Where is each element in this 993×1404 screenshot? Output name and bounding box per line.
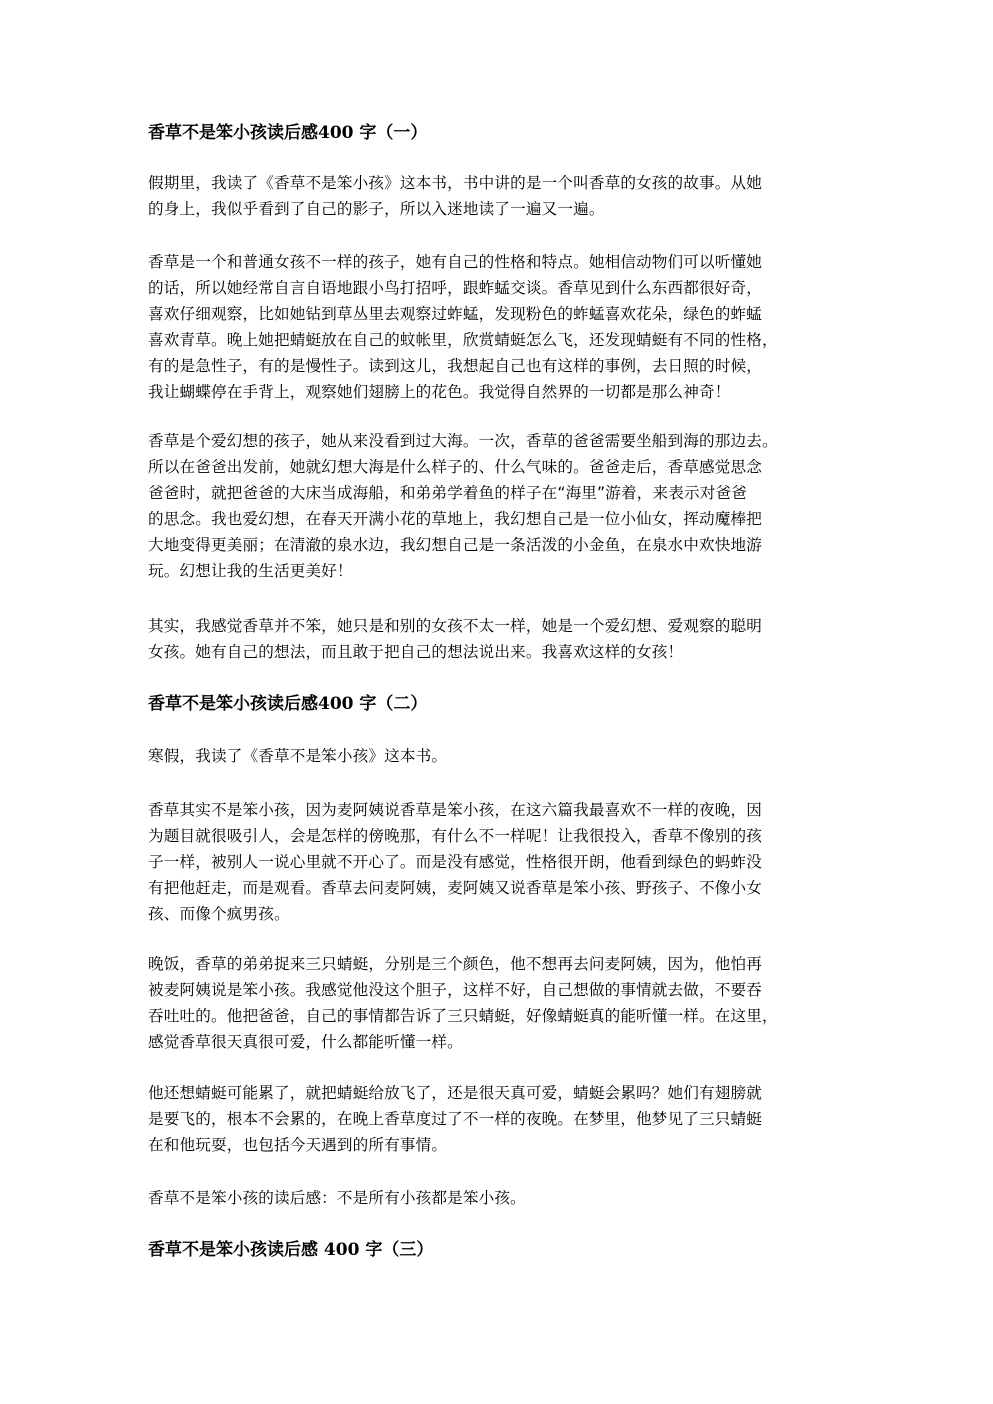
text-line: 香草不是笨小孩的读后感：不是所有小孩都是笨小孩。 (148, 1185, 848, 1211)
section-heading-3: 香草不是笨小孩读后感 400 字（三） (148, 1239, 433, 1261)
text-line: 假期里，我读了《香草不是笨小孩》这本书，书中讲的是一个叫香草的女孩的故事。从她 (148, 170, 848, 196)
text-line: 女孩。她有自己的想法，而且敢于把自己的想法说出来。我喜欢这样的女孩！ (148, 639, 848, 665)
paragraph-2-4: 他还想蜻蜓可能累了，就把蜻蜓给放飞了，还是很天真可爱，蜻蜓会累吗？她们有翅膀就 … (148, 1080, 848, 1158)
text-line: 玩。幻想让我的生活更美好！ (148, 558, 848, 584)
text-line: 有把他赶走，而是观看。香草去问麦阿姨，麦阿姨又说香草是笨小孩、野孩子、不像小女 (148, 875, 848, 901)
document-page: 香草不是笨小孩读后感400 字（一） 假期里，我读了《香草不是笨小孩》这本书，书… (0, 0, 993, 1404)
text-line: 被麦阿姨说是笨小孩。我感觉他没这个胆子，这样不好，自己想做的事情就去做，不要吞 (148, 977, 848, 1003)
paragraph-1-1: 假期里，我读了《香草不是笨小孩》这本书，书中讲的是一个叫香草的女孩的故事。从她 … (148, 170, 848, 222)
paragraph-2-1: 寒假，我读了《香草不是笨小孩》这本书。 (148, 743, 848, 769)
text-line: 爸爸时，就把爸爸的大床当成海船，和弟弟学着鱼的样子在“海里”游着，来表示对爸爸 (148, 480, 848, 506)
text-line: 所以在爸爸出发前，她就幻想大海是什么样子的、什么气味的。爸爸走后，香草感觉思念 (148, 454, 848, 480)
paragraph-1-2: 香草是一个和普通女孩不一样的孩子，她有自己的性格和特点。她相信动物们可以听懂她 … (148, 249, 848, 405)
text-line: 孩、而像个疯男孩。 (148, 901, 848, 927)
paragraph-1-4: 其实，我感觉香草并不笨，她只是和别的女孩不太一样，她是一个爱幻想、爱观察的聪明 … (148, 613, 848, 665)
text-line: 寒假，我读了《香草不是笨小孩》这本书。 (148, 743, 848, 769)
text-line: 感觉香草很天真很可爱，什么都能听懂一样。 (148, 1029, 848, 1055)
section-heading-2: 香草不是笨小孩读后感400 字（二） (148, 693, 427, 715)
text-line: 子一样，被别人一说心里就不开心了。而是没有感觉，性格很开朗，他看到绿色的蚂蚱没 (148, 849, 848, 875)
text-line: 的话，所以她经常自言自语地跟小鸟打招呼，跟蚱蜢交谈。香草见到什么东西都很好奇， (148, 275, 848, 301)
text-line: 的身上，我似乎看到了自己的影子，所以入迷地读了一遍又一遍。 (148, 196, 848, 222)
text-line: 有的是急性子，有的是慢性子。读到这儿，我想起自己也有这样的事例，去日照的时候， (148, 353, 848, 379)
paragraph-2-5: 香草不是笨小孩的读后感：不是所有小孩都是笨小孩。 (148, 1185, 848, 1211)
text-line: 大地变得更美丽；在清澈的泉水边，我幻想自己是一条活泼的小金鱼，在泉水中欢快地游 (148, 532, 848, 558)
text-line: 为题目就很吸引人，会是怎样的傍晚那，有什么不一样呢！让我很投入，香草不像别的孩 (148, 823, 848, 849)
paragraph-1-3: 香草是个爱幻想的孩子，她从来没看到过大海。一次，香草的爸爸需要坐船到海的那边去。… (148, 428, 848, 584)
text-line: 喜欢仔细观察，比如她钻到草丛里去观察过蚱蜢，发现粉色的蚱蜢喜欢花朵，绿色的蚱蜢 (148, 301, 848, 327)
text-line: 吞吐吐的。他把爸爸，自己的事情都告诉了三只蜻蜓，好像蜻蜓真的能听懂一样。在这里， (148, 1003, 848, 1029)
text-line: 晚饭，香草的弟弟捉来三只蜻蜓，分别是三个颜色，他不想再去问麦阿姨，因为，他怕再 (148, 951, 848, 977)
text-line: 香草是个爱幻想的孩子，她从来没看到过大海。一次，香草的爸爸需要坐船到海的那边去。 (148, 428, 848, 454)
section-heading-1: 香草不是笨小孩读后感400 字（一） (148, 122, 427, 144)
text-line: 在和他玩耍，也包括今天遇到的所有事情。 (148, 1132, 848, 1158)
text-line: 他还想蜻蜓可能累了，就把蜻蜓给放飞了，还是很天真可爱，蜻蜓会累吗？她们有翅膀就 (148, 1080, 848, 1106)
text-line: 是要飞的，根本不会累的，在晚上香草度过了不一样的夜晚。在梦里，他梦见了三只蜻蜓 (148, 1106, 848, 1132)
text-line: 香草其实不是笨小孩，因为麦阿姨说香草是笨小孩，在这六篇我最喜欢不一样的夜晚，因 (148, 797, 848, 823)
text-line: 其实，我感觉香草并不笨，她只是和别的女孩不太一样，她是一个爱幻想、爱观察的聪明 (148, 613, 848, 639)
text-line: 的思念。我也爱幻想，在春天开满小花的草地上，我幻想自己是一位小仙女，挥动魔棒把 (148, 506, 848, 532)
text-line: 香草是一个和普通女孩不一样的孩子，她有自己的性格和特点。她相信动物们可以听懂她 (148, 249, 848, 275)
paragraph-2-2: 香草其实不是笨小孩，因为麦阿姨说香草是笨小孩，在这六篇我最喜欢不一样的夜晚，因 … (148, 797, 848, 927)
text-line: 我让蝴蝶停在手背上，观察她们翅膀上的花色。我觉得自然界的一切都是那么神奇！ (148, 379, 848, 405)
text-line: 喜欢青草。晚上她把蜻蜓放在自己的蚊帐里，欣赏蜻蜓怎么飞，还发现蜻蜓有不同的性格， (148, 327, 848, 353)
paragraph-2-3: 晚饭，香草的弟弟捉来三只蜻蜓，分别是三个颜色，他不想再去问麦阿姨，因为，他怕再 … (148, 951, 848, 1055)
